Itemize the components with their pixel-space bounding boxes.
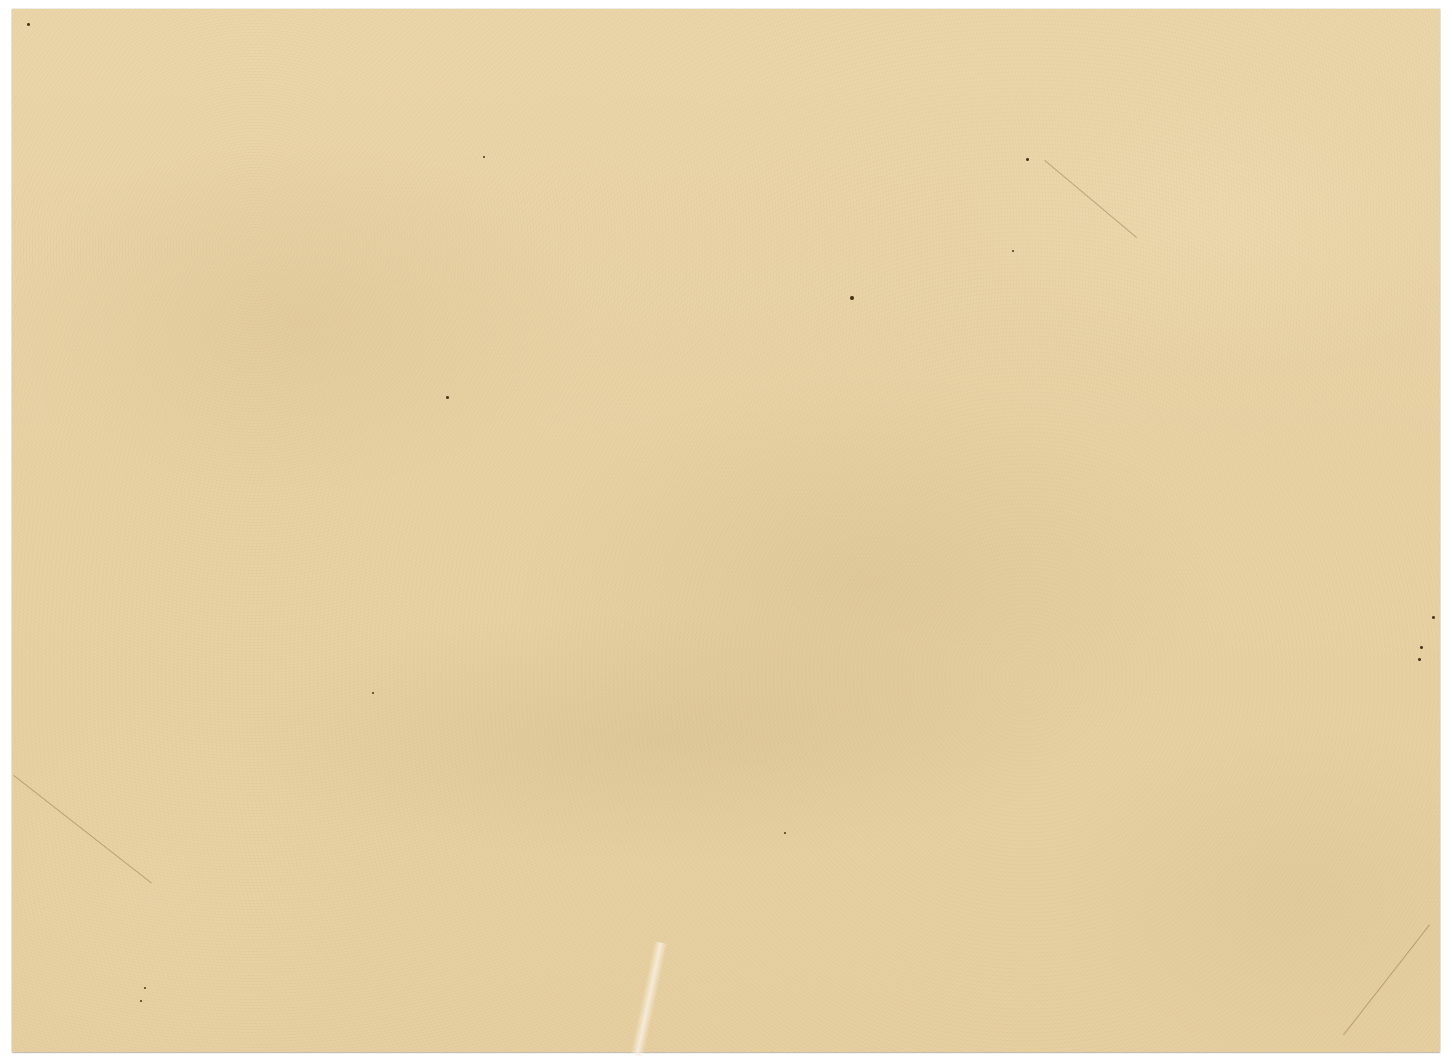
paper-speck bbox=[1026, 158, 1029, 161]
paper-speck bbox=[1432, 616, 1435, 619]
paper-speck bbox=[446, 396, 449, 399]
paper-speck bbox=[372, 692, 374, 694]
paper-speck bbox=[483, 156, 485, 158]
paper-speck bbox=[144, 987, 146, 989]
paper-speck bbox=[1420, 646, 1423, 649]
paper-speck bbox=[140, 1000, 142, 1002]
paper-speck bbox=[27, 23, 30, 26]
scan-background bbox=[0, 0, 1452, 1064]
paper-speck bbox=[1418, 658, 1421, 661]
paper-speck bbox=[1012, 250, 1014, 252]
aged-paper-sheet bbox=[12, 9, 1440, 1052]
paper-speck bbox=[784, 832, 786, 834]
paper-speck bbox=[850, 296, 854, 300]
